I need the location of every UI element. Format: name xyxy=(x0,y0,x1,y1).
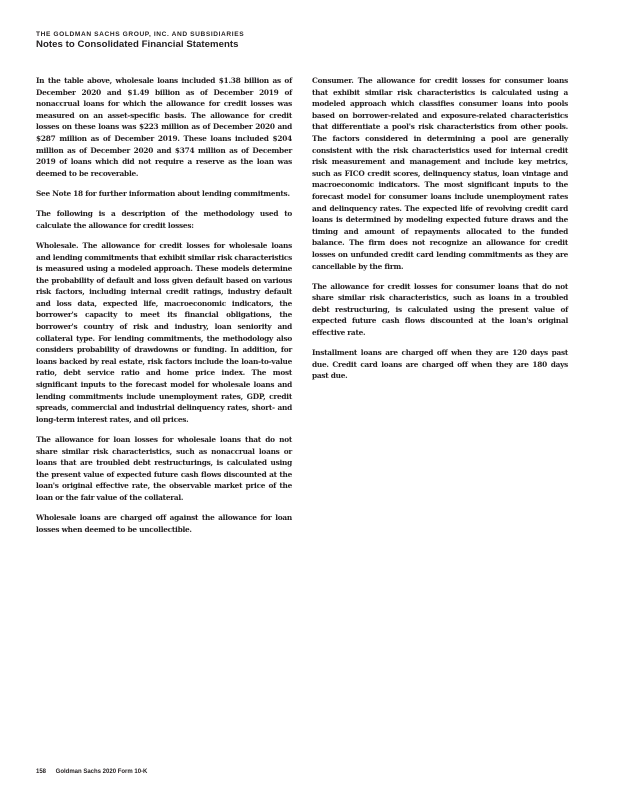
page-number: 158 xyxy=(36,768,54,776)
left-column: In the table above, wholesale loans incl… xyxy=(36,75,292,544)
publication-name: Goldman Sachs 2020 Form 10-K xyxy=(56,769,148,775)
company-name: The Goldman Sachs Group, Inc. and Subsid… xyxy=(36,30,596,39)
paragraph-wholesale-nonshared: The allowance for loan losses for wholes… xyxy=(36,434,292,504)
paragraph-wholesale: Wholesale. The allowance for credit loss… xyxy=(36,240,292,426)
paragraph-consumer-chargeoff: Installment loans are charged off when t… xyxy=(312,347,568,382)
paragraph-methodology-intro: The following is a description of the me… xyxy=(36,208,292,231)
paragraph-wholesale-chargeoff: Wholesale loans are charged off against … xyxy=(36,512,292,535)
right-column: Consumer. The allowance for credit losse… xyxy=(312,75,568,391)
run-in-heading-consumer: Consumer. xyxy=(312,76,354,85)
paragraph-see-note: See Note 18 for further information abou… xyxy=(36,188,292,200)
wholesale-text: The allowance for credit losses for whol… xyxy=(36,241,292,424)
paragraph-nonaccrual-loans: In the table above, wholesale loans incl… xyxy=(36,75,292,179)
document-page: The Goldman Sachs Group, Inc. and Subsid… xyxy=(0,0,618,800)
paragraph-consumer: Consumer. The allowance for credit losse… xyxy=(312,75,568,272)
running-header: The Goldman Sachs Group, Inc. and Subsid… xyxy=(36,30,596,51)
paragraph-consumer-nonshared: The allowance for credit losses for cons… xyxy=(312,281,568,339)
page-footer: 158 Goldman Sachs 2020 Form 10-K xyxy=(36,768,147,776)
section-title: Notes to Consolidated Financial Statemen… xyxy=(36,39,596,51)
run-in-heading-wholesale: Wholesale. xyxy=(36,241,78,250)
consumer-text: The allowance for credit losses for cons… xyxy=(312,76,568,271)
